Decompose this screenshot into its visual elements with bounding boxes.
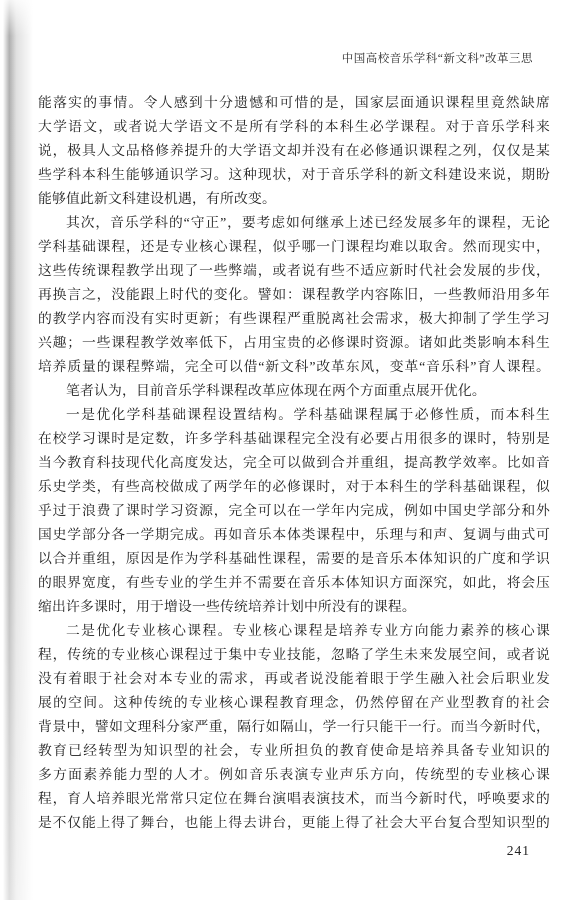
- text-line: 再换言之，没能跟上时代的变化。譬如：课程教学内容陈旧，一些教师沿用多年: [38, 283, 550, 307]
- text-line: 当今教育科技现代化高度发达，完全可以做到合并重组，提高教学效率。比如音: [38, 451, 550, 475]
- text-line: 教育已经转型为知识型的社会，专业所担负的教育使命是培养具备专业知识的: [38, 739, 550, 763]
- spine-shadow: [0, 0, 36, 900]
- text-line: 展的空间。这种传统的专业核心课程教育理念，仍然停留在产业型教育的社会: [38, 691, 550, 715]
- page-number: 241: [507, 843, 530, 859]
- text-line: 一是优化学科基础课程设置结构。学科基础课程属于必修性质，而本科生: [38, 403, 550, 427]
- text-line: 国史学部分各一学期完成。再如音乐本体类课程中，乐理与和声、复调与曲式可: [38, 523, 550, 547]
- running-header: 中国高校音乐学科“新文科”改革三思: [342, 50, 533, 66]
- text-line: 背景中，譬如文理科分家严重，隔行如隔山，学一行只能干一行。而当今新时代，: [38, 715, 550, 739]
- book-page: 中国高校音乐学科“新文科”改革三思 能落实的事情。令人感到十分遗憾和可惜的是，国…: [0, 0, 588, 900]
- paragraph-5: 二是优化专业核心课程。专业核心课程是培养专业方向能力素养的核心课 程，传统的专业…: [38, 619, 550, 835]
- text-line: 在校学习课时是定数，许多学科基础课程完全没有必要占用很多的课时，特别是: [38, 427, 550, 451]
- paragraph-3: 笔者认为，目前音乐学科课程改革应体现在两个方面重点展开优化。: [38, 379, 550, 403]
- text-line: 是不仅能上得了舞台，也能上得去讲台，更能上得了社会大平台复合型知识型的: [38, 811, 550, 835]
- text-line: 乐史学类，有些高校做成了两学年的必修课时，对于本科生的学科基础课程，似: [38, 475, 550, 499]
- text-line: 这些传统课程教学出现了一些弊端，或者说有些不适应新时代社会发展的步伐，: [38, 259, 550, 283]
- text-line: 兴趣；一些课程教学效率低下，占用宝贵的必修课时资源。诸如此类影响本科生: [38, 331, 550, 355]
- text-line: 能落实的事情。令人感到十分遗憾和可惜的是，国家层面通识课程里竟然缺席: [38, 91, 550, 115]
- text-line: 些学科本科生能够通识学习。这种现状，对于音乐学科的新文科建设来说，期盼: [38, 163, 550, 187]
- text-line: 乎过于浪费了课时学习资源，完全可以在一学年内完成，例如中国史学部分和外: [38, 499, 550, 523]
- paragraph-4: 一是优化学科基础课程设置结构。学科基础课程属于必修性质，而本科生 在校学习课时是…: [38, 403, 550, 619]
- text-line: 能够值此新文科建设机遇，有所改变。: [38, 187, 550, 211]
- text-line: 程，育人培养眼光常常只定位在舞台演唱表演技术，而当今新时代，呼唤要求的: [38, 787, 550, 811]
- text-line: 程，传统的专业核心课程过于集中专业技能，忽略了学生未来发展空间，或者说: [38, 643, 550, 667]
- text-line: 没有着眼于社会对本专业的需求，再或者说没能着眼于学生融入社会后职业发: [38, 667, 550, 691]
- paragraph-1: 能落实的事情。令人感到十分遗憾和可惜的是，国家层面通识课程里竟然缺席 大学语文，…: [38, 91, 550, 211]
- text-line: 其次，音乐学科的“守正”，要考虑如何继承上述已经发展多年的课程，无论: [38, 211, 550, 235]
- text-line: 以合并重组，原因是作为学科基础性课程，需要的是音乐本体知识的广度和学识: [38, 547, 550, 571]
- text-line: 的眼界宽度，有些专业的学生并不需要在音乐本体知识方面深究，如此，将会压: [38, 571, 550, 595]
- text-line: 培养质量的课程弊端，完全可以借“新文科”改革东风，变革“音乐科”育人课程。: [38, 355, 550, 379]
- text-line: 二是优化专业核心课程。专业核心课程是培养专业方向能力素养的核心课: [38, 619, 550, 643]
- text-line: 多方面素养能力型的人才。例如音乐表演专业声乐方向，传统型的专业核心课: [38, 763, 550, 787]
- text-line: 说，极具人文品格修养提升的大学语文却并没有在必修通识课程之列，仅仅是某: [38, 139, 550, 163]
- page-body: 能落实的事情。令人感到十分遗憾和可惜的是，国家层面通识课程里竟然缺席 大学语文，…: [38, 91, 550, 835]
- text-line: 笔者认为，目前音乐学科课程改革应体现在两个方面重点展开优化。: [38, 379, 550, 403]
- text-line: 学科基础课程，还是专业核心课程，似乎哪一门课程均难以取舍。然而现实中，: [38, 235, 550, 259]
- text-line: 大学语文，或者说大学语文不是所有学科的本科生必学课程。对于音乐学科来: [38, 115, 550, 139]
- text-line: 的教学内容而没有实时更新；有些课程严重脱离社会需求，极大抑制了学生学习: [38, 307, 550, 331]
- paragraph-2: 其次，音乐学科的“守正”，要考虑如何继承上述已经发展多年的课程，无论 学科基础课…: [38, 211, 550, 379]
- text-line: 缩出许多课时，用于增设一些传统培养计划中所没有的课程。: [38, 595, 550, 619]
